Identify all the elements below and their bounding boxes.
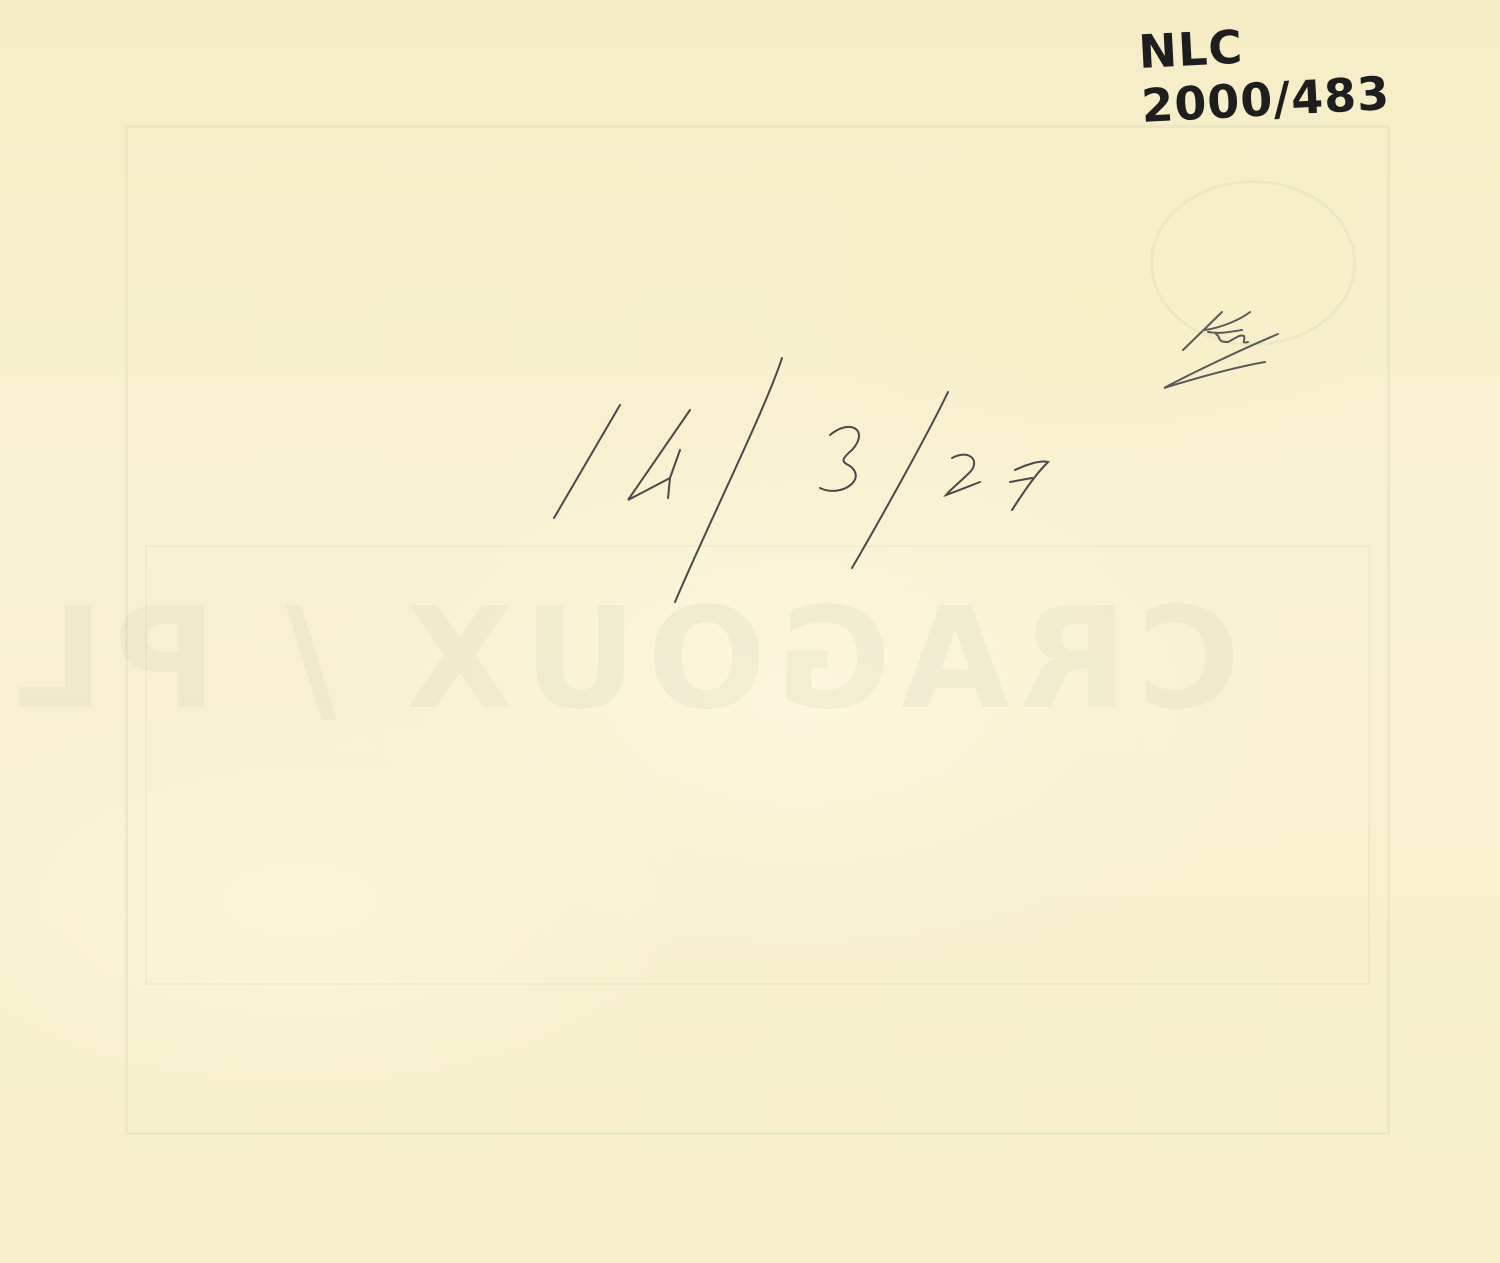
paper-sheet: CRAGOUX / PL NLC 2000/483 14/3/27 Ky xyxy=(0,0,1500,1263)
handwritten-date: 14/3/27 xyxy=(540,350,1060,610)
catalog-number: NLC 2000/483 xyxy=(1137,6,1500,133)
pencil-initials-strokes xyxy=(1150,310,1290,400)
handwritten-initials: Ky xyxy=(1150,310,1290,400)
pencil-date-strokes xyxy=(540,350,1060,610)
